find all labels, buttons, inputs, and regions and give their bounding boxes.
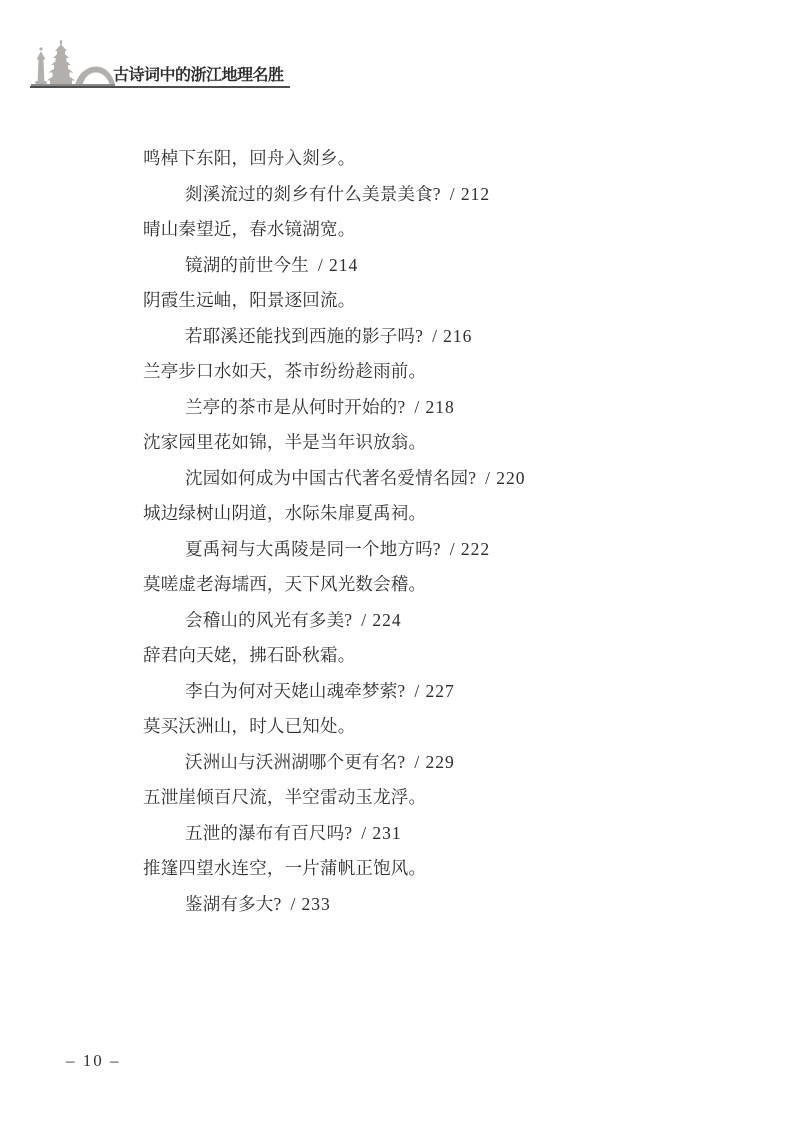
toc-page-number: 216 <box>443 326 472 346</box>
toc-page-number: 218 <box>425 397 454 417</box>
toc-page-number: 212 <box>461 184 490 204</box>
page-separator: / <box>318 255 323 275</box>
toc-page-number: 233 <box>302 894 331 914</box>
toc-page-number: 229 <box>425 752 454 772</box>
question-line: 剡溪流过的剡乡有什么美景美食?/212 <box>143 177 763 213</box>
question-text: 鉴湖有多大? <box>185 894 281 914</box>
question-line: 若耶溪还能找到西施的影子吗?/216 <box>143 319 763 355</box>
toc-page-number: 227 <box>425 681 454 701</box>
page-separator: / <box>414 397 419 417</box>
page-number: – 10 – <box>66 1051 121 1070</box>
poem-line: 辞君向天姥，拂石卧秋霜。 <box>143 638 763 674</box>
question-line: 李白为何对天姥山魂牵梦萦?/227 <box>143 674 763 710</box>
book-page: 古诗词中的浙江地理名胜 鸣棹下东阳，回舟入剡乡。剡溪流过的剡乡有什么美景美食?/… <box>0 0 799 1129</box>
question-text: 沃洲山与沃洲湖哪个更有名? <box>185 752 405 772</box>
toc-page-number: 231 <box>372 823 401 843</box>
page-separator: / <box>485 468 490 488</box>
page-separator: / <box>450 184 455 204</box>
page-separator: / <box>414 752 419 772</box>
poem-line: 沈家园里花如锦，半是当年识放翁。 <box>143 425 763 461</box>
toc-page-number: 214 <box>329 255 358 275</box>
poem-line: 五泄崖倾百尺流，半空雷动玉龙浮。 <box>143 780 763 816</box>
question-line: 夏禹祠与大禹陵是同一个地方吗?/222 <box>143 532 763 568</box>
header-rule <box>30 86 290 88</box>
question-text: 夏禹祠与大禹陵是同一个地方吗? <box>185 539 441 559</box>
question-line: 五泄的瀑布有百尺吗?/231 <box>143 816 763 852</box>
question-text: 镜湖的前世今生 <box>185 255 309 275</box>
question-line: 沃洲山与沃洲湖哪个更有名?/229 <box>143 745 763 781</box>
page-separator: / <box>361 823 366 843</box>
question-line: 兰亭的茶市是从何时开始的?/218 <box>143 390 763 426</box>
question-line: 会稽山的风光有多美?/224 <box>143 603 763 639</box>
poem-line: 晴山秦望近，春水镜湖宽。 <box>143 212 763 248</box>
question-line: 鉴湖有多大?/233 <box>143 887 763 923</box>
poem-line: 推篷四望水连空，一片蒲帆正饱风。 <box>143 851 763 887</box>
question-text: 若耶溪还能找到西施的影子吗? <box>185 326 423 346</box>
question-text: 五泄的瀑布有百尺吗? <box>185 823 352 843</box>
toc-list: 鸣棹下东阳，回舟入剡乡。剡溪流过的剡乡有什么美景美食?/212晴山秦望近，春水镜… <box>143 141 763 922</box>
poem-line: 城边绿树山阴道，水际朱扉夏禹祠。 <box>143 496 763 532</box>
question-text: 沈园如何成为中国古代著名爱情名园? <box>185 468 476 488</box>
page-separator: / <box>290 894 295 914</box>
question-line: 镜湖的前世今生/214 <box>143 248 763 284</box>
poem-line: 莫买沃洲山，时人已知处。 <box>143 709 763 745</box>
poem-line: 兰亭步口水如天，茶市纷纷趁雨前。 <box>143 354 763 390</box>
question-line: 沈园如何成为中国古代著名爱情名园?/220 <box>143 461 763 497</box>
page-separator: / <box>432 326 437 346</box>
question-text: 剡溪流过的剡乡有什么美景美食? <box>185 184 441 204</box>
page-separator: / <box>450 539 455 559</box>
toc-page-number: 224 <box>372 610 401 630</box>
poem-line: 鸣棹下东阳，回舟入剡乡。 <box>143 141 763 177</box>
poem-line: 阴霞生远岫，阳景逐回流。 <box>143 283 763 319</box>
toc-page-number: 222 <box>461 539 490 559</box>
page-separator: / <box>361 610 366 630</box>
book-title: 古诗词中的浙江地理名胜 <box>113 62 284 85</box>
pagoda-bridge-logo <box>31 40 115 86</box>
poem-line: 莫嗟虚老海壖西，天下风光数会稽。 <box>143 567 763 603</box>
question-text: 兰亭的茶市是从何时开始的? <box>185 397 405 417</box>
page-footer: – 10 – <box>66 1051 121 1071</box>
question-text: 会稽山的风光有多美? <box>185 610 352 630</box>
page-separator: / <box>414 681 419 701</box>
toc-page-number: 220 <box>496 468 525 488</box>
question-text: 李白为何对天姥山魂牵梦萦? <box>185 681 405 701</box>
